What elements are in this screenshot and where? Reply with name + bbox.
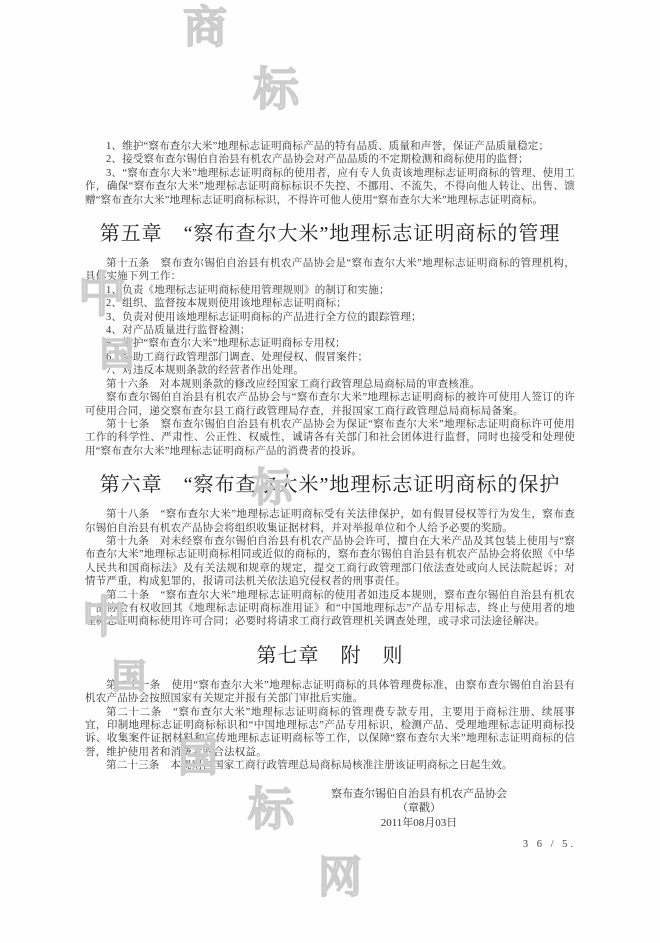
signature-org: 察布查尔锡伯自治县有机农产品协会 <box>319 787 519 802</box>
watermark-char: 网 <box>318 856 362 900</box>
article-15-task-5: 5、维护“察布查尔大米”地理标志证明商标专用权； <box>85 337 575 350</box>
intro-obligation-3: 3、“察布查尔大米”地理标志证明商标的使用者，应有专人负责该地理标志证明商标的管… <box>85 167 575 207</box>
signature-date: 2011年08月03日 <box>319 816 519 831</box>
signature-block: 察布查尔锡伯自治县有机农产品协会 （章戳） 2011年08月03日 <box>319 787 519 831</box>
article-20: 第二十条 “察布查尔大米”地理标志证明商标的使用者如违反本规则，察布查尔锡伯自治… <box>85 589 575 629</box>
watermark-char: 商 <box>183 6 227 50</box>
chapter-6-heading: 第六章 “察布查尔大米”地理标志证明商标的保护 <box>85 472 575 498</box>
intro-obligation-2: 2、接受察布查尔锡伯自治县有机农产品协会对产品品质的不定期检测和商标使用的监督； <box>85 153 575 166</box>
article-15-task-1: 1、负责《地理标志证明商标使用管理规则》的制订和实施； <box>85 284 575 297</box>
article-15-task-7: 7、对违反本规则条款的经营者作出处理。 <box>85 364 575 377</box>
article-15-task-2: 2、组织、监督按本规则使用该地理标志证明商标； <box>85 297 575 310</box>
article-15-task-6: 6、协助工商行政管理部门调查、处理侵权、假冒案件； <box>85 351 575 364</box>
article-17: 第十七条 察布查尔锡伯自治县有机农产品协会为保证“察布查尔大米”地理标志证明商标… <box>85 418 575 458</box>
article-15-task-4: 4、对产品质量进行监督检测； <box>85 324 575 337</box>
article-16-continued: 察布查尔锡伯自治县有机农产品协会与“察布查尔大米”地理标志证明商标的被许可使用人… <box>85 391 575 418</box>
article-15: 第十五条 察布查尔锡伯自治县有机农产品协会是“察布查尔大米”地理标志证明商标的管… <box>85 257 575 284</box>
scanned-document-page: 1、维护“察布查尔大米”地理标志证明商标产品的特有品质、质量和声誉，保证产品质量… <box>0 0 660 943</box>
article-23: 第二十三条 本规则自国家工商行政管理总局商标局核准注册该证明商标之日起生效。 <box>85 759 575 772</box>
article-15-task-3: 3、负责对使用该地理标志证明商标的产品进行全方位的跟踪管理； <box>85 311 575 324</box>
signature-seal: （章戳） <box>319 801 519 816</box>
article-19: 第十九条 对未经察布查尔锡伯自治县有机农产品协会许可，擅自在大米产品及其包装上使… <box>85 535 575 589</box>
article-16: 第十六条 对本规则条款的修改应经国家工商行政管理总局商标局的审查核准。 <box>85 378 575 391</box>
intro-obligation-1: 1、维护“察布查尔大米”地理标志证明商标产品的特有品质、质量和声誉，保证产品质量… <box>85 140 575 153</box>
chapter-7-heading: 第七章 附 则 <box>85 643 575 669</box>
document-body: 1、维护“察布查尔大米”地理标志证明商标产品的特有品质、质量和声誉，保证产品质量… <box>85 140 575 830</box>
watermark-char: 标 <box>253 66 299 112</box>
chapter-5-heading: 第五章 “察布查尔大米”地理标志证明商标的管理 <box>85 221 575 247</box>
article-18: 第十八条 “察布查尔大米”地理标志证明商标受有关法律保护，如有假冒侵权等行为发生… <box>85 508 575 535</box>
article-21: 第二十一条 使用“察布查尔大米”地理标志证明商标的具体管理费标准，由察布查尔锡伯… <box>85 679 575 706</box>
page-number: 3 6 / 5. <box>523 839 576 850</box>
article-22: 第二十二条 “察布查尔大米”地理标志证明商标的管理费专款专用，主要用于商标注册、… <box>85 706 575 760</box>
